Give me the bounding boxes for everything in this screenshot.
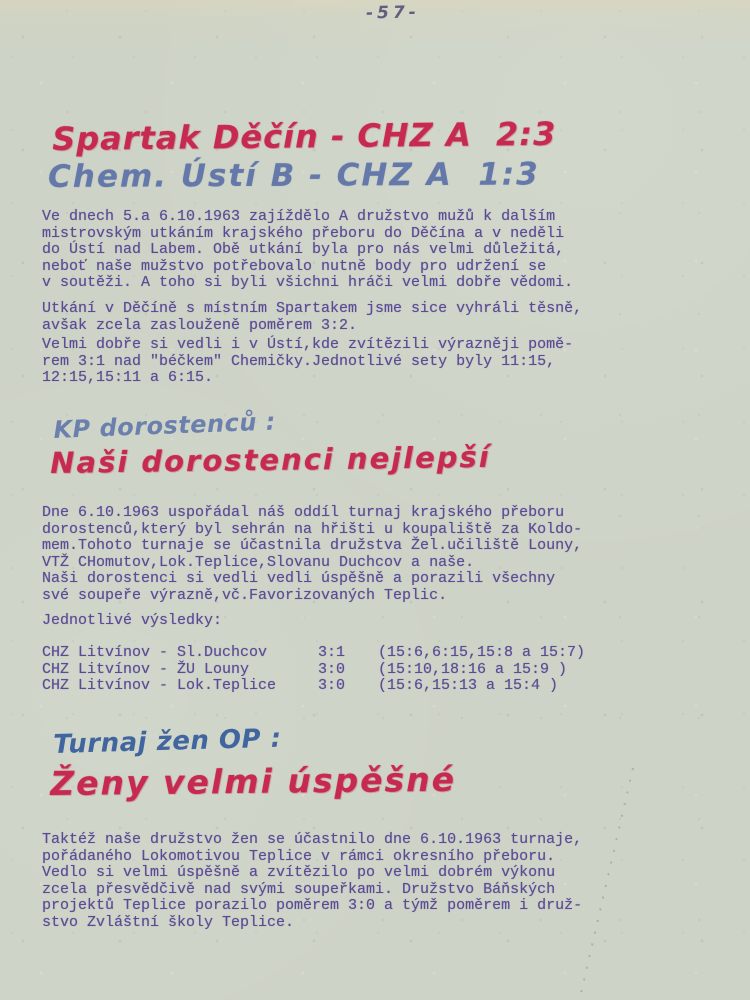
result-row: CHZ Litvínov - Sl.Duchcov 3:1 (15:6,6:15… [42, 645, 702, 662]
section-kicker-youth: KP dorostenců : [53, 407, 276, 444]
section-headline-women: Ženy velmi úspěšné [50, 760, 456, 803]
result-sets: (15:10,18:16 a 15:9 ) [378, 662, 567, 679]
match-headline-chem-usti: Chem. Ústí B - CHZ A 1:3 [48, 156, 540, 195]
result-match: CHZ Litvínov - Lok.Teplice [42, 678, 318, 695]
section-kicker-women: Turnaj žen OP : [53, 724, 282, 760]
paragraph-decin-result: Utkání v Děčíně s místním Spartakem jsme… [42, 301, 687, 334]
scanned-newsletter-page: -57- Spartak Děčín - CHZ A 2:3 Chem. Úst… [0, 0, 750, 1000]
result-score: 3:0 [318, 678, 378, 695]
result-sets: (15:6,6:15,15:8 a 15:7) [378, 645, 585, 662]
paragraph-youth-tournament: Dne 6.10.1963 uspořádal náš oddíl turnaj… [42, 505, 687, 605]
results-label: Jednotlivé výsledky: [42, 613, 687, 630]
page-number: -57- [366, 3, 420, 24]
paragraph-usti-result: Velmi dobře si vedli i v Ústí,kde zvítěz… [42, 337, 687, 387]
result-row: CHZ Litvínov - Lok.Teplice 3:0 (15:6,15:… [42, 678, 702, 695]
result-score: 3:0 [318, 662, 378, 679]
result-sets: (15:6,15:13 a 15:4 ) [378, 678, 558, 695]
paragraph-match-report-intro: Ve dnech 5.a 6.10.1963 zajíždělo A družs… [42, 209, 687, 292]
result-match: CHZ Litvínov - ŽU Louny [42, 662, 318, 679]
result-match: CHZ Litvínov - Sl.Duchcov [42, 645, 318, 662]
section-headline-youth: Naši dorostenci nejlepší [50, 440, 491, 480]
result-row: CHZ Litvínov - ŽU Louny 3:0 (15:10,18:16… [42, 662, 702, 679]
match-headline-spartak-decin: Spartak Děčín - CHZ A 2:3 [52, 115, 557, 158]
result-score: 3:1 [318, 645, 378, 662]
paragraph-women-tournament: Taktéž naše družstvo žen se účastnilo dn… [42, 832, 687, 932]
results-table: CHZ Litvínov - Sl.Duchcov 3:1 (15:6,6:15… [42, 645, 702, 695]
